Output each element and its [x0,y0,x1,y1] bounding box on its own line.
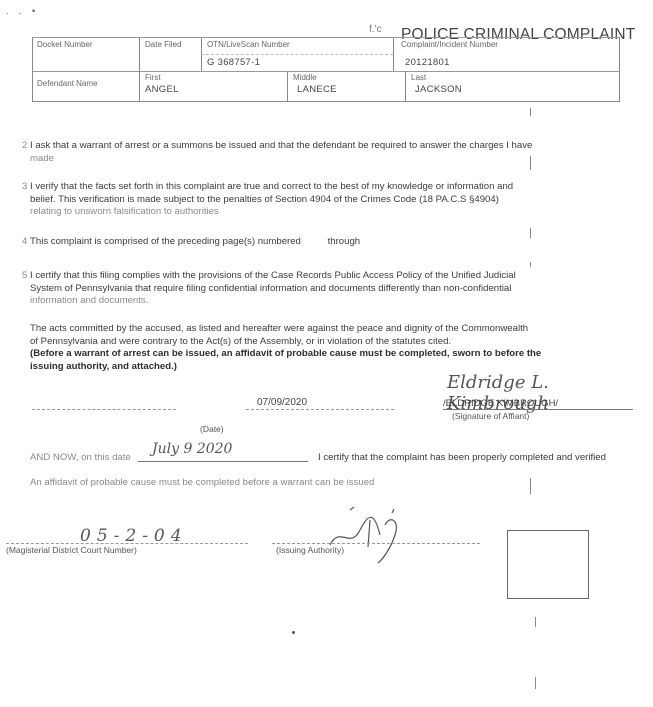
acts-statement: The acts committed by the accused, as li… [30,323,630,373]
paragraph-line: I verify that the facts set forth in thi… [30,181,630,194]
paragraph-line: relating to unsworn falsification to aut… [30,206,630,219]
paragraph-line: System of Pennsylvania that require fili… [30,283,630,296]
scan-tick [530,156,531,170]
complaint-number-value: 20121801 [405,57,450,68]
and-now-date-line [138,461,308,462]
paragraph-number: 2 [22,140,27,153]
affiant-signature-line [443,409,633,410]
otn-divider [201,54,393,55]
affiant-label: (Signature of Affiant) [452,411,529,421]
date-label: (Date) [200,424,224,434]
table-top-border-right [393,37,619,38]
paragraph-line: information and documents. [30,295,630,308]
date-value: 07/09/2020 [257,397,307,408]
paragraph-4: 4 This complaint is comprised of the pre… [30,236,630,249]
scan-tick [530,478,531,494]
paragraph-2: 2 I ask that a warrant of arrest or a su… [30,140,630,165]
affidavit-note: An affidavit of probable cause must be c… [30,477,374,488]
paragraph-number: 3 [22,181,27,194]
table-col-divider [405,71,406,101]
middle-name-value: LANECE [297,84,337,95]
scan-tick [535,677,536,689]
paragraph-3: 3 I verify that the facts set forth in t… [30,181,630,219]
paragraph-line: of Pennsylvania and were contrary to the… [30,336,630,349]
certify-complete-text: I certify that the complaint has been pr… [318,452,606,463]
otn-value: G 368757-1 [207,57,260,68]
paragraph-line: I ask that a warrant of arrest or a summ… [30,140,630,153]
issuing-authority-line [272,543,480,544]
paragraph-number: 5 [22,270,27,283]
issuing-authority-signature [320,505,420,565]
date-filed-label: Date Filed [145,40,181,49]
case-header-table: Docket Number Date Filed OTN/LiveScan Nu… [32,37,620,102]
blank-line [32,409,176,410]
defendant-name-label: Defendant Name [37,79,97,88]
scan-speck [292,631,295,634]
and-now-label: AND NOW, on this date [30,452,131,463]
court-number-line [6,543,248,544]
scan-tick [535,617,536,627]
paragraph-line: (Before a warrant of arrest can be issue… [30,348,630,361]
paragraph-line: made [30,153,630,166]
date-line [246,409,394,410]
first-name-label: First [145,73,161,82]
page-count-text: This complaint is comprised of the prece… [30,236,301,247]
table-row-divider [33,71,619,72]
scan-tick [530,262,531,267]
page-through-text: through [328,236,361,247]
otn-label: OTN/LiveScan Number [207,40,290,49]
complaint-number-label: Complaint/Incident Number [401,40,498,49]
paragraph-line: I certify that this filing complies with… [30,270,630,283]
issuing-authority-label: (Issuing Authority) [276,545,344,555]
last-name-value: JACKSON [415,84,462,95]
paragraph-line: The acts committed by the accused, as li… [30,323,630,336]
seal-box [507,530,589,599]
paragraph-5: 5 I certify that this filing complies wi… [30,270,630,308]
scan-tick [530,228,531,238]
first-name-value: ANGEL [145,84,179,95]
court-number-label: (Magisterial District Court Number) [6,545,137,555]
handwritten-date: July 9 2020 [152,441,232,457]
scan-tick [530,108,531,116]
affiant-name: /ELDRIDGE KIMBROUGH/ [443,398,558,409]
middle-name-label: Middle [293,73,317,82]
table-top-border-left [33,37,393,38]
paragraph-line: belief. This verification is made subjec… [30,194,630,207]
table-col-divider [393,37,394,71]
stamp-mark: f.'c [369,24,381,35]
paragraph-number: 4 [22,236,27,249]
scan-marks: . . • [6,6,39,16]
docket-number-label: Docket Number [37,40,93,49]
last-name-label: Last [411,73,426,82]
table-col-divider [139,37,140,101]
table-col-divider [287,71,288,101]
